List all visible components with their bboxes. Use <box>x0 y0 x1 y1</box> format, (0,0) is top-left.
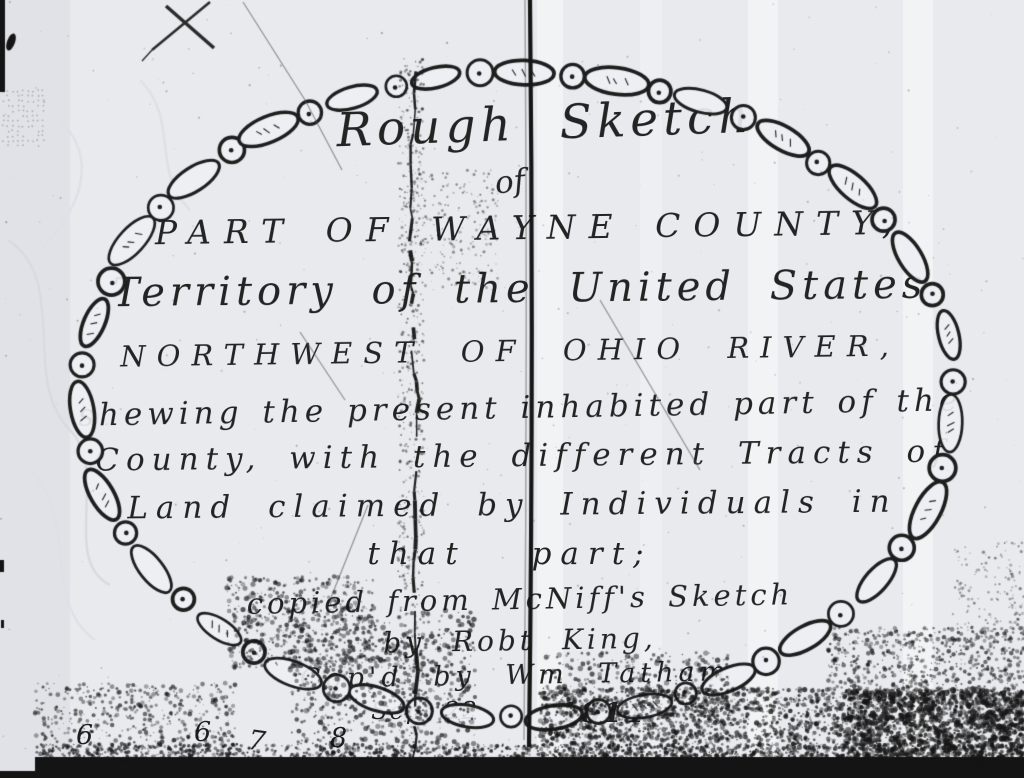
title-line-northwest-ohio: NORTHWEST OF OHIO RIVER, <box>105 328 915 373</box>
title-line-rough-sketch: Rough Sketch <box>329 89 761 159</box>
title-line-part-of-wayne: PART OF WAYNE COUNTY, <box>140 203 920 253</box>
scanned-document-sheet: Rough Sketch of PART OF WAYNE COUNTY, Te… <box>0 0 1024 778</box>
title-line-county-tracts: County, with the different Tracts of <box>88 433 958 478</box>
credit-line-by-tatham: Cop'd by Wm Tatham <box>295 656 735 695</box>
scale-number: 6 <box>194 717 211 748</box>
credit-line-copied-from: copied from McNiff's Sketch <box>215 577 826 622</box>
cartouche-text: Rough Sketch of PART OF WAYNE COUNTY, Te… <box>0 0 1024 778</box>
date-year: 1814 <box>548 698 658 729</box>
scale-number: 7 <box>246 725 267 758</box>
scale-number: 6 <box>76 720 93 751</box>
scale-number: 8 <box>330 723 347 754</box>
title-line-shewing: shewing the present inhabited part of th… <box>78 382 958 433</box>
title-line-land-claimed: Land claimed by Individuals in <box>105 483 920 526</box>
credit-line-by-king: by Robt King, <box>330 621 711 661</box>
title-line-that-part: that part; <box>310 536 710 572</box>
title-line-of: of <box>453 158 566 205</box>
title-line-territory: Territory of the United States <box>100 262 940 317</box>
date-month: Sept 22 <box>355 697 495 725</box>
